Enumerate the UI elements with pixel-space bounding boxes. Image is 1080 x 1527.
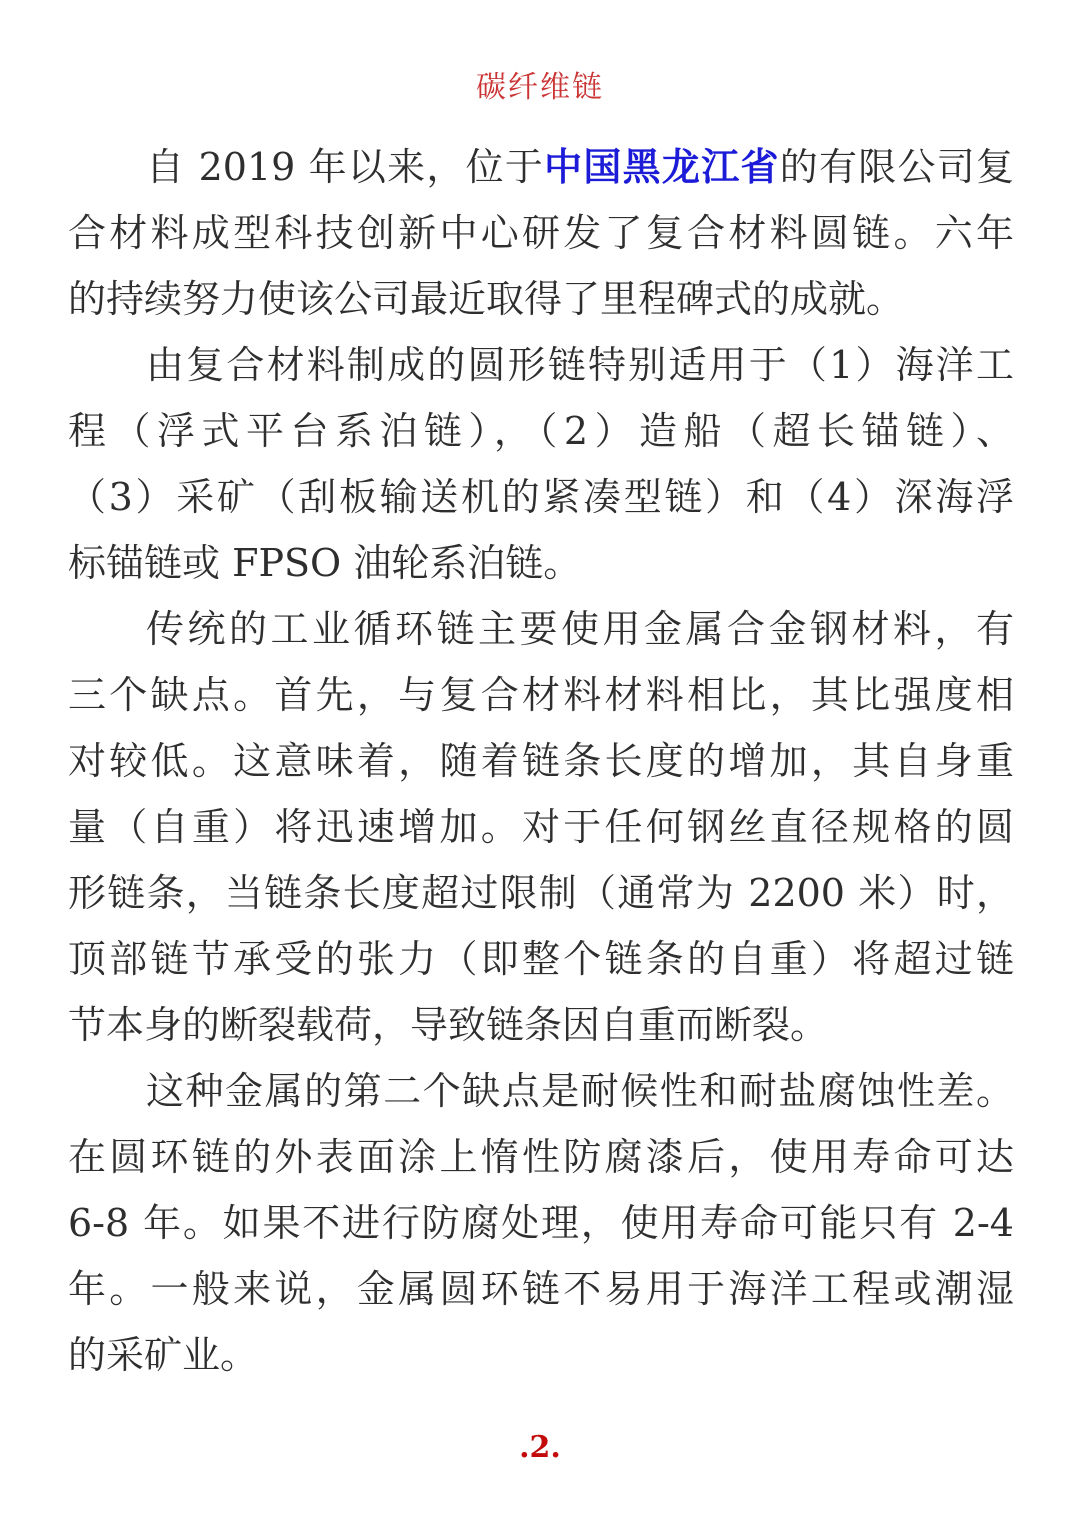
text-line: 年。一般来说，金属圆环链不易用于海洋工程或潮湿 bbox=[68, 1256, 1014, 1322]
body-text: 顶部链节承受的张力（即整个链条的自重）将超过链 bbox=[68, 937, 1014, 981]
text-line: 合材料成型科技创新中心研发了复合材料圆链。六年 bbox=[68, 200, 1014, 266]
body-text: 由复合材料制成的圆形链特别适用于（1）海洋工 bbox=[146, 343, 1014, 387]
text-line: 量（自重）将迅速增加。对于任何钢丝直径规格的圆 bbox=[68, 794, 1014, 860]
body-text: 传统的工业循环链主要使用金属合金钢材料，有 bbox=[146, 607, 1014, 651]
text-line: （3）采矿（刮板输送机的紧凑型链）和（4）深海浮 bbox=[68, 464, 1014, 530]
page-number: .2. bbox=[0, 1428, 1080, 1468]
body-text: 程（浮式平台系泊链），（2）造船（超长锚链）、 bbox=[68, 409, 1014, 453]
body-text: 形链条，当链条长度超过限制（通常为 2200 米）时， bbox=[68, 871, 1014, 915]
text-line: 6-8 年。如果不进行防腐处理，使用寿命可能只有 2-4 bbox=[68, 1190, 1014, 1256]
text-line: 节本身的断裂载荷，导致链条因自重而断裂。 bbox=[68, 992, 1014, 1058]
body-text: 合材料成型科技创新中心研发了复合材料圆链。六年 bbox=[68, 211, 1014, 255]
text-line: 形链条，当链条长度超过限制（通常为 2200 米）时， bbox=[68, 860, 1014, 926]
body-text: 的有限公司复 bbox=[780, 145, 1014, 189]
document-page: 碳纤维链 自 2019 年以来，位于中国黑龙江省的有限公司复合材料成型科技创新中… bbox=[0, 0, 1080, 1527]
text-line: 自 2019 年以来，位于中国黑龙江省的有限公司复 bbox=[68, 134, 1014, 200]
body-text: 标锚链或 FPSO 油轮系泊链。 bbox=[68, 541, 581, 585]
highlighted-location-text: 中国黑龙江省 bbox=[544, 144, 780, 189]
text-line: 在圆环链的外表面涂上惰性防腐漆后，使用寿命可达 bbox=[68, 1124, 1014, 1190]
body-text: 的采矿业。 bbox=[68, 1333, 258, 1377]
text-line: 传统的工业循环链主要使用金属合金钢材料，有 bbox=[68, 596, 1014, 662]
text-line: 对较低。这意味着，随着链条长度的增加，其自身重 bbox=[68, 728, 1014, 794]
page-title: 碳纤维链 bbox=[0, 0, 1080, 108]
text-line: 标锚链或 FPSO 油轮系泊链。 bbox=[68, 530, 1014, 596]
text-line: 这种金属的第二个缺点是耐候性和耐盐腐蚀性差。 bbox=[68, 1058, 1014, 1124]
document-body: 自 2019 年以来，位于中国黑龙江省的有限公司复合材料成型科技创新中心研发了复… bbox=[68, 134, 1014, 1388]
body-text: 年。一般来说，金属圆环链不易用于海洋工程或潮湿 bbox=[68, 1267, 1014, 1311]
text-line: 由复合材料制成的圆形链特别适用于（1）海洋工 bbox=[68, 332, 1014, 398]
body-text: 6-8 年。如果不进行防腐处理，使用寿命可能只有 2-4 bbox=[68, 1201, 1014, 1245]
text-line: 三个缺点。首先，与复合材料材料相比，其比强度相 bbox=[68, 662, 1014, 728]
body-text: 在圆环链的外表面涂上惰性防腐漆后，使用寿命可达 bbox=[68, 1135, 1014, 1179]
body-text: 三个缺点。首先，与复合材料材料相比，其比强度相 bbox=[68, 673, 1014, 717]
body-text: 自 2019 年以来，位于 bbox=[146, 145, 544, 189]
text-line: 顶部链节承受的张力（即整个链条的自重）将超过链 bbox=[68, 926, 1014, 992]
body-text: （3）采矿（刮板输送机的紧凑型链）和（4）深海浮 bbox=[68, 475, 1014, 519]
body-text: 的持续努力使该公司最近取得了里程碑式的成就。 bbox=[68, 277, 904, 321]
text-line: 的持续努力使该公司最近取得了里程碑式的成就。 bbox=[68, 266, 1014, 332]
body-text: 这种金属的第二个缺点是耐候性和耐盐腐蚀性差。 bbox=[146, 1069, 1014, 1113]
text-line: 的采矿业。 bbox=[68, 1322, 1014, 1388]
body-text: 节本身的断裂载荷，导致链条因自重而断裂。 bbox=[68, 1003, 828, 1047]
body-text: 对较低。这意味着，随着链条长度的增加，其自身重 bbox=[68, 739, 1014, 783]
body-text: 量（自重）将迅速增加。对于任何钢丝直径规格的圆 bbox=[68, 805, 1014, 849]
text-line: 程（浮式平台系泊链），（2）造船（超长锚链）、 bbox=[68, 398, 1014, 464]
